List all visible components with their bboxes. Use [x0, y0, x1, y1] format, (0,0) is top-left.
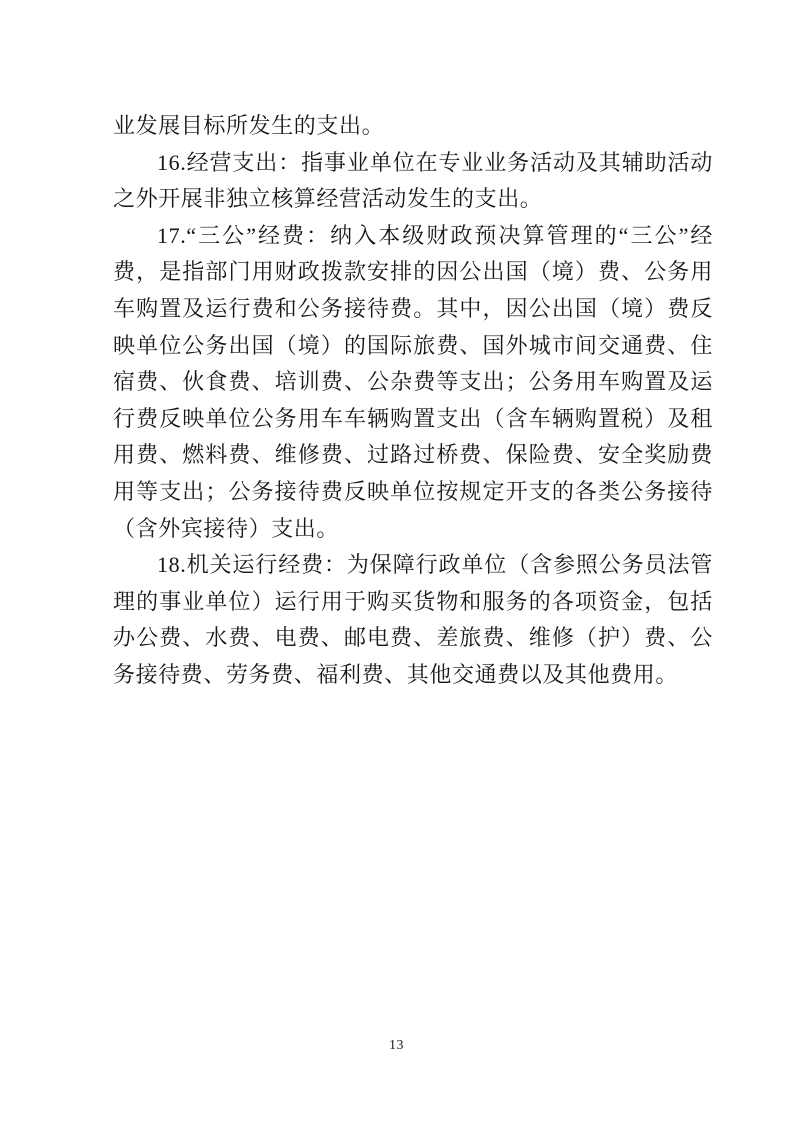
paragraph-item-16-operating-expenditure: 16.经营支出：指事业单位在专业业务活动及其辅助活动之外开展非独立核算经营活动发… — [113, 145, 713, 218]
paragraph-item-17-three-public-funds: 17.“三公”经费：纳入本级财政预决算管理的“三公”经费，是指部门用财政拨款安排… — [113, 218, 713, 547]
page-number: 13 — [389, 1038, 404, 1053]
page-footer: 13 — [0, 1036, 793, 1054]
paragraph-continuation: 业发展目标所发生的支出。 — [113, 108, 713, 145]
document-page: 业发展目标所发生的支出。 16.经营支出：指事业单位在专业业务活动及其辅助活动之… — [0, 0, 793, 1122]
document-body-text: 业发展目标所发生的支出。 16.经营支出：指事业单位在专业业务活动及其辅助活动之… — [113, 108, 713, 694]
paragraph-item-18-agency-operating-funds: 18.机关运行经费：为保障行政单位（含参照公务员法管理的事业单位）运行用于购买货… — [113, 547, 713, 693]
